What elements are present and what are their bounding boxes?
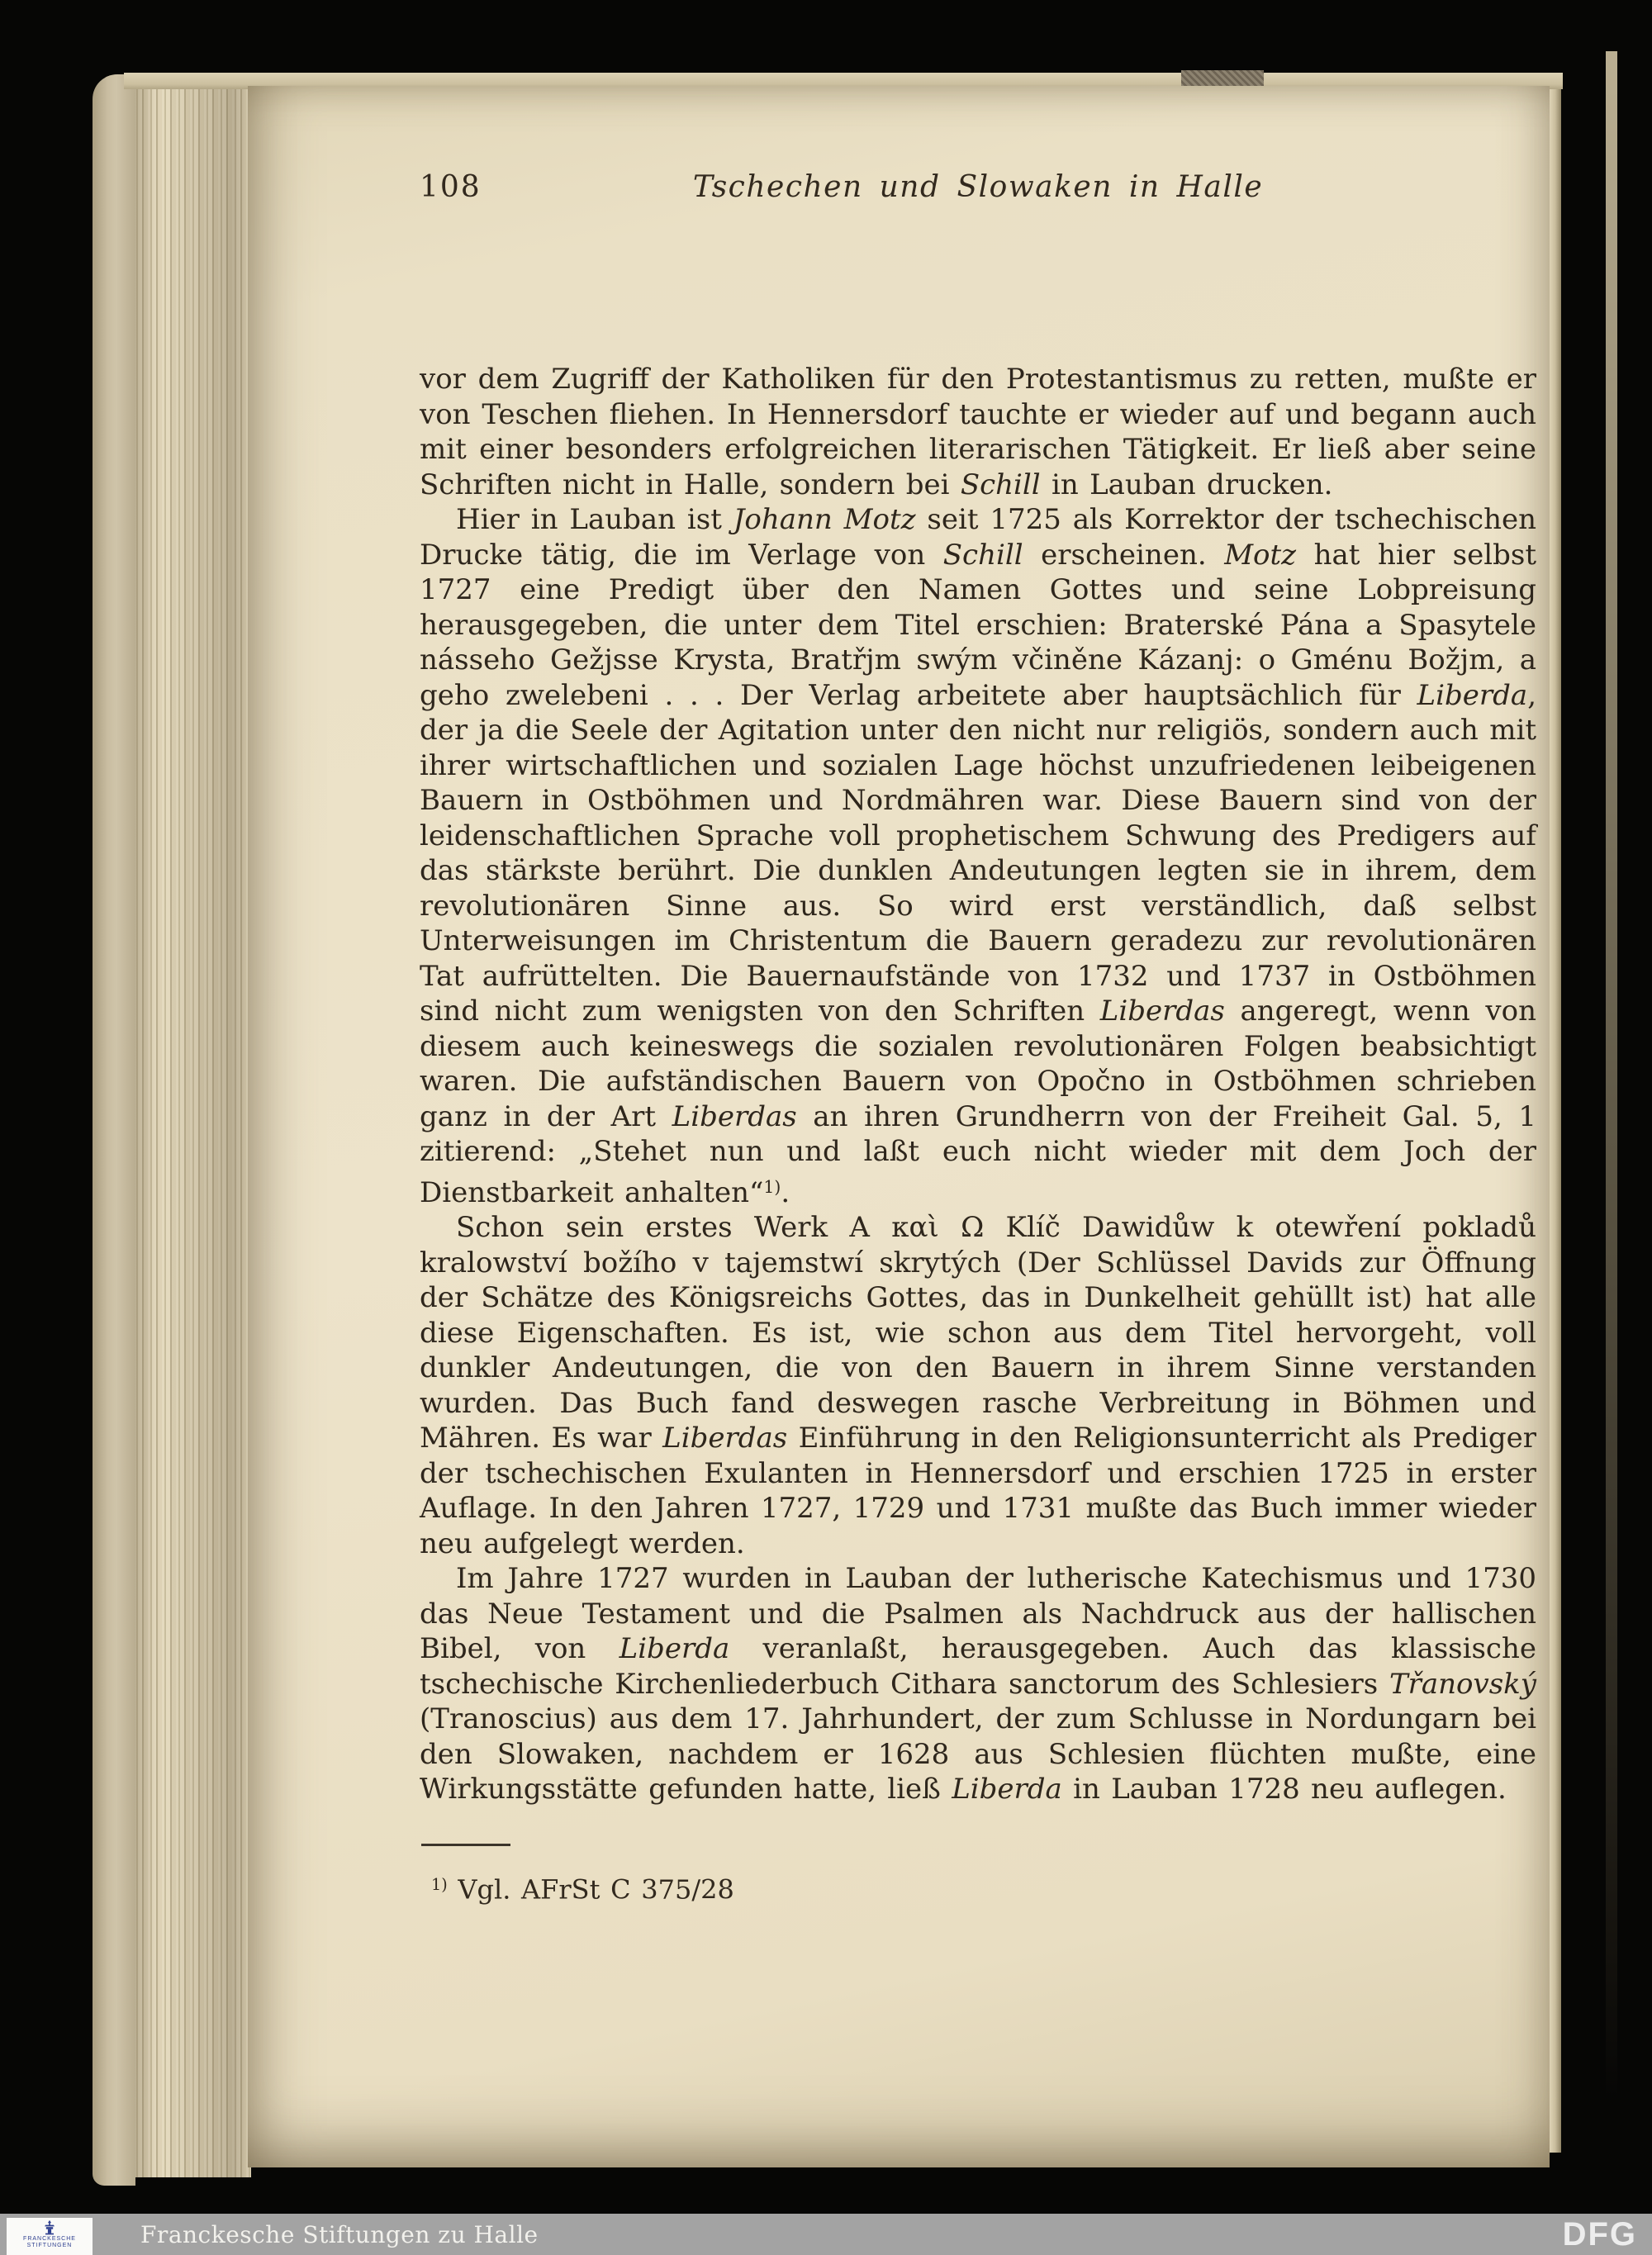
book-cover-edge [93, 74, 135, 2186]
paragraph: Im Jahre 1727 wurden in Lauban der luthe… [420, 1561, 1536, 1807]
footnote: 1) Vgl. AFrSt C 375/28 [431, 1868, 1536, 1907]
book-scan-viewer: 108 Tschechen und Slowaken in Halle vor … [0, 0, 1652, 2255]
franckesche-stiftungen-logo: FRANCKESCHE STIFTUNGEN [7, 2218, 93, 2255]
logo-text-line1: FRANCKESCHE [23, 2236, 76, 2243]
footnote-marker: 1) [431, 1875, 448, 1894]
back-cover-edge [1606, 51, 1617, 2100]
viewer-bottom-bar: FRANCKESCHE STIFTUNGEN Franckesche Stift… [0, 2214, 1652, 2255]
book-page: 108 Tschechen und Slowaken in Halle vor … [248, 86, 1550, 2167]
institution-label: Franckesche Stiftungen zu Halle [140, 2214, 539, 2255]
page-right-edge [1548, 89, 1561, 2153]
paragraph: Hier in Lauban ist Johann Motz seit 1725… [420, 502, 1536, 1210]
logo-text-line2: STIFTUNGEN [27, 2243, 73, 2249]
running-title: Tschechen und Slowaken in Halle [420, 170, 1536, 204]
footnote-text: Vgl. AFrSt C 375/28 [448, 1873, 734, 1905]
franckesche-eagle-icon [41, 2219, 58, 2236]
paragraph: vor dem Zugriff der Katholiken für den P… [420, 362, 1536, 502]
body-paragraphs: vor dem Zugriff der Katholiken für den P… [420, 362, 1536, 1907]
paragraph: Schon sein erstes Werk Α καὶ Ω Klíč Dawi… [420, 1210, 1536, 1561]
footnote-rule [421, 1844, 510, 1846]
dfg-logo: DFG [1563, 2214, 1637, 2255]
book-page-stack-edge [134, 79, 251, 2177]
page-header: 108 Tschechen und Slowaken in Halle [420, 170, 1536, 208]
